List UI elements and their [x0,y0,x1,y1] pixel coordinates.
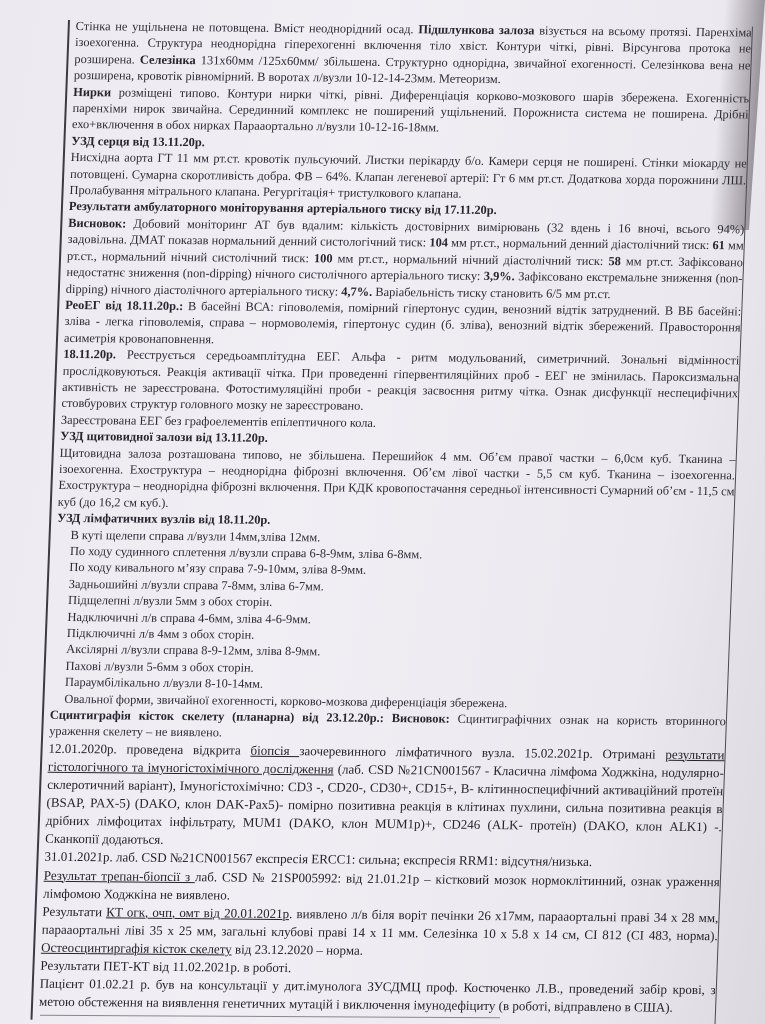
bold-text: 3,9%. [484,269,516,283]
text: розміщені типово. Контури нирки чіткі, р… [72,85,750,135]
paragraph: Висновок: Добовий моніторинг АТ був вдал… [66,215,745,303]
text: Задньошийні л/вузли справа 7-8мм, зліва … [69,577,325,593]
paragraph: Результати КТ огк, очп, омт від 20.01.20… [41,902,719,963]
text: Реєструється середьоамплітудна ЕЕГ. Альф… [61,348,739,414]
text: Варіабельність тиску становить 6/5 мм рт… [372,284,611,300]
bold-text: 104 [429,236,448,250]
bold-text: УЗД щитовидної залози від 13.11.20р. [60,429,268,445]
text: 31.01.2021р. лаб. CSD №21CN001567 експре… [44,849,592,869]
text: Надключичні л/в справа 4-6мм, зліва 4-6-… [67,610,311,626]
bold-text: Сцинтиграфія кісток скелету (планарна) в… [50,708,450,726]
text: Пахові л/вузли 5-6мм з обох сторін. [65,659,254,675]
underlined-text: Результат трепан-біопсії з [44,867,196,883]
text: Підщелепні л/вузли 5мм з обох сторін. [68,593,273,609]
text: Нисхідна аорта ГТ 11 мм рт.ст. кровотік … [69,150,747,201]
text: Пацієнт 01.02.21 р. був на консультації … [39,976,716,1015]
bold-text: 58 [608,254,621,268]
paragraph: Результат трепан-біопсії з лаб. CSD № 21… [43,866,720,909]
text: від 23.12.2020 – норма. [231,941,363,957]
bold-text: РеоЕГ від 18.11.20р.: [65,298,184,313]
bold-text: Висновок: [68,216,127,231]
text: В куті щелепи справа л/вузли 14мм,зліва … [70,528,320,544]
bold-text: 100 [314,251,333,265]
text: Аксілярні л/вузли справа 8-9-12мм, зліва… [66,642,321,658]
text: Результати ПЕТ-КТ від 11.02.2021р. в роб… [40,958,291,975]
paragraph: Нисхідна аорта ГТ 11 мм рт.ст. кровотік … [69,149,747,205]
bold-text: УЗД серця від 13.11.20р. [71,134,205,149]
paragraph: Стінка не ущільнена не потовщена. Вміст … [74,18,752,90]
text: Зареєстрована ЕЕГ без графоелементів епі… [61,413,377,430]
text: 12.01.2020р. проведена відкрита [48,741,251,758]
text: Параумбілікально л/вузли 8-10-14мм. [65,675,264,691]
bold-text: 4,7%. [341,284,373,298]
bold-text: Селезінка [140,52,196,67]
paragraph: Пацієнт 01.02.21 р. був на консультації … [39,975,716,1018]
text: заочеревинного лімфатичного вузла. 15.02… [299,743,666,762]
text: По ходу судинного сплетення л/вузли спра… [70,544,423,561]
bold-text: Підшлункова залоза [418,22,535,37]
medical-report-body: Стінка не ущільнена не потовщена. Вміст … [39,18,752,1017]
paragraph: РеоЕГ від 18.11.20р.: В басейні ВСА: гіп… [64,297,742,353]
text: Щитовидна залоза розташована типово, не … [58,445,736,509]
text: мм рт.ст., нормальний нічний діастолічни… [332,251,608,268]
paragraph: 18.11.20р. Реєструється середьоамплітудн… [61,346,739,418]
text: мм рт.ст., нормальний денний діастолічни… [448,236,713,253]
paragraph: Нирки розміщені типово. Контури нирки чі… [72,84,750,140]
bold-text: Нирки [73,85,111,99]
text: Результати [42,903,106,919]
bold-text: 18.11.20р. [63,347,116,362]
underlined-text: біопсія [250,743,299,758]
paragraph: Щитовидна залоза розташована типово, не … [58,444,736,516]
text: Стінка не ущільнена не потовщена. Вміст … [75,19,418,36]
text: Підключичні л/в 4мм з обох сторін. [67,626,255,642]
paragraph: 12.01.2020р. проведена відкрита біопсія … [45,740,725,855]
underlined-text: Остеосцинтиргафія кісток скелету [41,940,232,957]
bold-text: УЗД лімфатичних вузлів від 18.11.20р. [57,511,271,527]
underlined-text: КТ огк, очп, омт від 20.01.2021р [106,904,290,921]
bold-text: 61 [712,238,725,252]
text: По ходу кивального м’язу справа 7-9-10мм… [69,560,366,577]
